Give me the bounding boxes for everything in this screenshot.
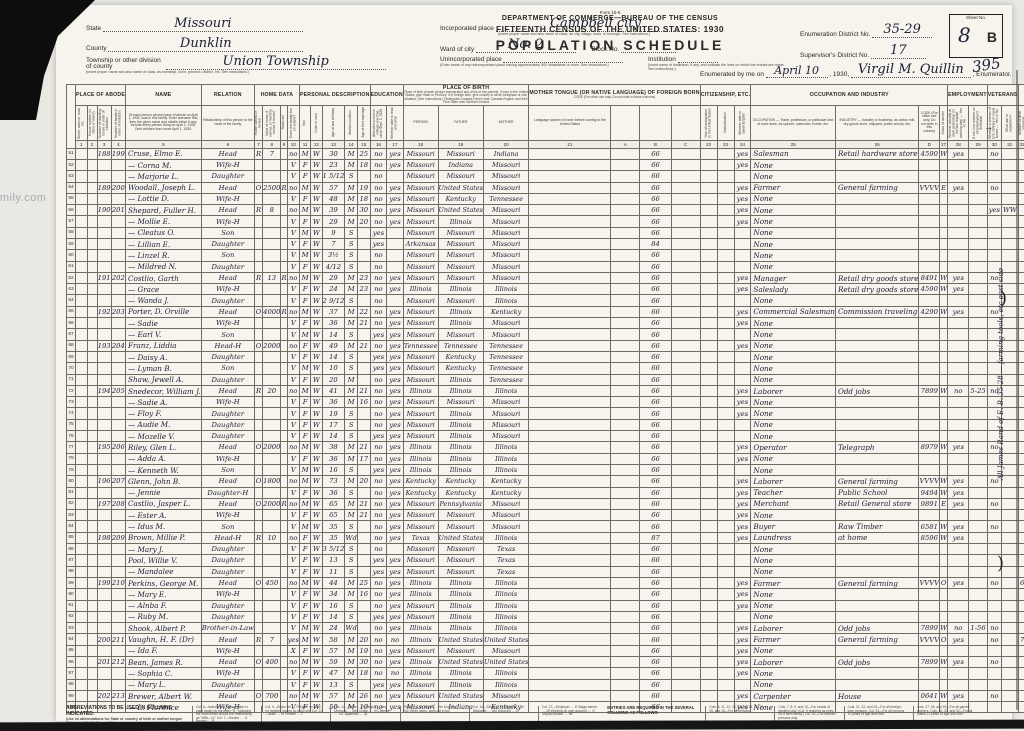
- cell: Brewer, Albert W.: [126, 690, 202, 701]
- cell: [835, 250, 919, 261]
- cell: 66: [640, 250, 671, 261]
- cell: [717, 623, 734, 634]
- cell: yes: [370, 329, 387, 340]
- cell: F: [299, 668, 310, 679]
- cell: [611, 487, 640, 498]
- cell: no: [370, 148, 387, 159]
- cell: Missouri: [438, 295, 483, 306]
- column-label: Home owned or rented: [254, 105, 262, 140]
- cell: [387, 250, 404, 261]
- cell: — Ida F.: [126, 645, 202, 656]
- cell: S: [345, 679, 358, 690]
- cell: None: [751, 250, 836, 261]
- cell: Illinois: [438, 306, 483, 317]
- cell: 66: [640, 521, 671, 532]
- cell: Illinois: [438, 385, 483, 396]
- cell: [529, 385, 611, 396]
- cell: [969, 521, 987, 532]
- cell: [111, 193, 125, 204]
- column-number: 32: [1018, 140, 1024, 148]
- cell: — Mozelle V.: [126, 431, 202, 442]
- cell: [940, 589, 948, 600]
- cell: [948, 679, 969, 690]
- cell: [987, 532, 1001, 543]
- cell: Odd jobs: [835, 656, 919, 667]
- cell: [948, 668, 969, 679]
- cell: [734, 227, 751, 238]
- cell: [611, 250, 640, 261]
- cell: [940, 645, 948, 656]
- cell: 6581: [919, 521, 940, 532]
- cell: Illinois: [438, 611, 483, 622]
- cell: V: [287, 408, 299, 419]
- cell: [358, 239, 371, 250]
- cell: yes: [387, 363, 404, 374]
- table-row: 52— Corna M.Wife-HVFW23M18noyesMissouriI…: [67, 159, 1024, 170]
- cell: [700, 239, 717, 250]
- cell: M: [345, 205, 358, 216]
- cell: [835, 363, 919, 374]
- cell: [358, 566, 371, 577]
- cell: [263, 600, 281, 611]
- cell: Illinois: [483, 611, 528, 622]
- cell: S: [345, 521, 358, 532]
- cell: [940, 171, 948, 182]
- cell: [263, 419, 281, 430]
- cell: [671, 340, 700, 351]
- cell: [611, 464, 640, 475]
- cell: [940, 374, 948, 385]
- cell: [717, 227, 734, 238]
- cell: [700, 498, 717, 509]
- cell: [97, 645, 111, 656]
- cell: W: [940, 442, 948, 453]
- cell: [1018, 272, 1024, 283]
- cell: Woodall, Joseph L.: [126, 182, 202, 193]
- cell: [969, 510, 987, 521]
- cell: Illinois: [483, 623, 528, 634]
- cell: 66: [640, 510, 671, 521]
- cell: Missouri: [403, 690, 438, 701]
- cell: 22: [358, 306, 371, 317]
- cell: [969, 272, 987, 283]
- cell: Missouri: [403, 408, 438, 419]
- cell: [969, 487, 987, 498]
- cell: Head-H: [201, 340, 254, 351]
- column-number: 27: [940, 140, 948, 148]
- cell: [948, 340, 969, 351]
- cell: None: [751, 351, 836, 362]
- cell: [717, 261, 734, 272]
- cell: [111, 408, 125, 419]
- cell: M: [345, 340, 358, 351]
- line-number: 54: [67, 182, 76, 193]
- cell: Missouri: [403, 306, 438, 317]
- cell: [358, 532, 371, 543]
- cell: [263, 216, 281, 227]
- cell: yes: [387, 385, 404, 396]
- cell: V: [287, 159, 299, 170]
- cell: Missouri: [403, 679, 438, 690]
- cell: O: [254, 498, 262, 509]
- cell: [76, 431, 88, 442]
- column-number: 2: [87, 140, 97, 148]
- cell: 66: [640, 577, 671, 588]
- cell: [76, 397, 88, 408]
- column-number: 6: [201, 140, 254, 148]
- cell: Missouri: [403, 521, 438, 532]
- cell: 450: [263, 577, 281, 588]
- cell: 192: [97, 306, 111, 317]
- cell: [734, 566, 751, 577]
- cell: [919, 679, 940, 690]
- cell: — Mandalee: [126, 566, 202, 577]
- cell: — Wanda J.: [126, 295, 202, 306]
- cell: yes: [387, 532, 404, 543]
- cell: [940, 159, 948, 170]
- cell: [1018, 702, 1024, 713]
- column-label: Street, avenue, road, etc.: [76, 105, 88, 140]
- cell: None: [751, 453, 836, 464]
- margin-paren-mark: ): [1000, 288, 1007, 309]
- enumerated-line: Enumerated by me on April 10 , 1930, Vir…: [700, 62, 1012, 78]
- cell: [671, 363, 700, 374]
- cell: [671, 431, 700, 442]
- cell: 66: [640, 668, 671, 679]
- cell: [76, 589, 88, 600]
- cell: VVVV: [919, 634, 940, 645]
- cell: 2 9/12: [322, 295, 345, 306]
- line-number: 55: [67, 193, 76, 204]
- cell: [611, 329, 640, 340]
- margin-arrow: →: [984, 122, 993, 132]
- cell: V: [287, 453, 299, 464]
- cell: Kentucky: [438, 193, 483, 204]
- cell: Missouri: [403, 318, 438, 329]
- cell: Kentucky: [483, 487, 528, 498]
- cell: W: [311, 645, 322, 656]
- cell: [969, 351, 987, 362]
- cell: Missouri: [483, 690, 528, 701]
- cell: — Floy F.: [126, 408, 202, 419]
- cell: [263, 589, 281, 600]
- cell: 195: [97, 442, 111, 453]
- cell: [529, 329, 611, 340]
- cell: W: [311, 216, 322, 227]
- cell: [76, 351, 88, 362]
- cell: [700, 397, 717, 408]
- cell: [87, 679, 97, 690]
- cell: [529, 159, 611, 170]
- cell: no: [387, 668, 404, 679]
- cell: [734, 464, 751, 475]
- cell: W: [311, 239, 322, 250]
- cell: [76, 272, 88, 283]
- cell: 191: [97, 272, 111, 283]
- cell: V: [287, 216, 299, 227]
- cell: Illinois: [403, 656, 438, 667]
- cell: W: [311, 295, 322, 306]
- cell: Daughter-H: [201, 487, 254, 498]
- cell: [87, 521, 97, 532]
- county-value: Dunklin: [180, 36, 232, 51]
- cell: 66: [640, 476, 671, 487]
- table-row: 57— Mollie E.Wife-HVFW29M20noyesMissouri…: [67, 216, 1024, 227]
- cell: 204: [111, 340, 125, 351]
- column-label: [640, 105, 671, 140]
- cell: Texas: [483, 566, 528, 577]
- cell: [700, 589, 717, 600]
- cell: no: [370, 159, 387, 170]
- column-number: 20: [483, 140, 528, 148]
- cell: [611, 690, 640, 701]
- cell: [948, 363, 969, 374]
- cell: W: [940, 476, 948, 487]
- cell: [700, 476, 717, 487]
- cell: no: [287, 272, 299, 283]
- cell: [76, 645, 88, 656]
- cell: [611, 589, 640, 600]
- cell: yes: [948, 656, 969, 667]
- cell: [940, 679, 948, 690]
- cell: [969, 148, 987, 159]
- cell: V: [287, 295, 299, 306]
- enumerated-year: , 1930,: [829, 71, 849, 78]
- cell: M: [299, 521, 310, 532]
- cell: [254, 521, 262, 532]
- cell: [254, 600, 262, 611]
- cell: yes: [734, 385, 751, 396]
- line-number: 87: [67, 555, 76, 566]
- table-row: 62191202Costlio, GarthHeadR13RnoMW29M23n…: [67, 272, 1024, 283]
- line-number: 83: [67, 510, 76, 521]
- cell: [1018, 679, 1024, 690]
- cell: [717, 148, 734, 159]
- cell: [263, 239, 281, 250]
- cell: Daughter: [201, 171, 254, 182]
- cell: yes: [734, 216, 751, 227]
- cell: [969, 634, 987, 645]
- cell: Illinois: [483, 385, 528, 396]
- enumeration-district-field: Enumeration District No. 35-29: [800, 22, 932, 38]
- cell: F: [299, 318, 310, 329]
- cell: [948, 431, 969, 442]
- cell: [97, 374, 111, 385]
- supervisors-district-label: Supervisor's District No.: [800, 52, 869, 59]
- cell: [835, 159, 919, 170]
- cell: 196: [97, 476, 111, 487]
- column-number: 29: [969, 140, 987, 148]
- cell: M: [299, 182, 310, 193]
- cell: [1018, 284, 1024, 295]
- cell: no: [370, 171, 387, 182]
- cell: V: [287, 623, 299, 634]
- table-row: 97— Sophia C.Wife-HVFW47M18nonoIllinoisI…: [67, 668, 1024, 679]
- cell: M: [299, 385, 310, 396]
- cell: [969, 306, 987, 317]
- cell: [1018, 510, 1024, 521]
- cell: [948, 589, 969, 600]
- cell: Illinois: [438, 623, 483, 634]
- cell: [529, 555, 611, 566]
- cell: [969, 239, 987, 250]
- column-number: B: [640, 140, 671, 148]
- cell: 66: [640, 690, 671, 701]
- cell: [671, 679, 700, 690]
- enumeration-district-value: 35-29: [883, 22, 920, 37]
- cell: Missouri: [483, 521, 528, 532]
- cell: yes: [370, 351, 387, 362]
- cell: [87, 498, 97, 509]
- cell: [263, 645, 281, 656]
- cell: no: [370, 690, 387, 701]
- cell: [111, 295, 125, 306]
- cell: yes: [387, 521, 404, 532]
- cell: [87, 374, 97, 385]
- column-group-place-of-abode: PLACE OF ABODE: [76, 85, 126, 106]
- line-number: 79: [67, 464, 76, 475]
- cell: — Lillian E.: [126, 239, 202, 250]
- cell: M: [345, 385, 358, 396]
- cell: yes: [734, 182, 751, 193]
- cell: Buyer: [751, 521, 836, 532]
- cell: [1018, 216, 1024, 227]
- cell: Missouri: [483, 645, 528, 656]
- cell: [358, 363, 371, 374]
- cell: yes: [370, 464, 387, 475]
- line-number: 66: [67, 318, 76, 329]
- column-label: Number of farm schedule: [1018, 105, 1024, 140]
- cell: [76, 193, 88, 204]
- cell: [969, 656, 987, 667]
- cell: [254, 284, 262, 295]
- cell: 23: [358, 284, 371, 295]
- cell: S: [345, 227, 358, 238]
- cell: [358, 261, 371, 272]
- cell: [700, 261, 717, 272]
- cell: W: [311, 498, 322, 509]
- table-row: 84— Idus M.SonVMW35SnoyesMissouriMissour…: [67, 521, 1024, 532]
- township-note: (Insert proper name and also name of cla…: [86, 70, 426, 74]
- cell: Missouri: [483, 419, 528, 430]
- cell: [717, 645, 734, 656]
- cell: V: [287, 600, 299, 611]
- township-label: Township or other division of county: [86, 58, 164, 70]
- cell: [1018, 532, 1024, 543]
- cell: [358, 679, 371, 690]
- cell: yes: [387, 205, 404, 216]
- cell: Missouri: [403, 250, 438, 261]
- cell: M: [345, 397, 358, 408]
- cell: no: [370, 374, 387, 385]
- cell: [611, 374, 640, 385]
- cell: no: [287, 476, 299, 487]
- cell: Missouri: [403, 193, 438, 204]
- cell: [948, 510, 969, 521]
- cell: no: [370, 306, 387, 317]
- cell: [700, 159, 717, 170]
- cell: 202: [97, 690, 111, 701]
- cell: Wife-H: [201, 397, 254, 408]
- cell: [671, 159, 700, 170]
- cell: Laborer: [751, 623, 836, 634]
- cell: [717, 250, 734, 261]
- cell: None: [751, 464, 836, 475]
- cell: M: [345, 510, 358, 521]
- cell: Missouri: [438, 566, 483, 577]
- cell: [611, 679, 640, 690]
- table-row: 89199210Perkins, George M.HeadO450noMW44…: [67, 577, 1024, 588]
- cell: [671, 171, 700, 182]
- cell: [671, 239, 700, 250]
- cell: 66: [640, 340, 671, 351]
- cell: [611, 566, 640, 577]
- cell: W: [311, 555, 322, 566]
- cell: [1018, 159, 1024, 170]
- cell: [940, 205, 948, 216]
- cell: 66: [640, 464, 671, 475]
- cell: [700, 544, 717, 555]
- cell: [671, 577, 700, 588]
- cell: Head: [201, 182, 254, 193]
- cell: M: [345, 148, 358, 159]
- cell: [948, 374, 969, 385]
- cell: [700, 566, 717, 577]
- cell: [948, 193, 969, 204]
- cell: yes: [387, 679, 404, 690]
- cell: Kentucky: [483, 306, 528, 317]
- cell: F: [299, 453, 310, 464]
- cell: yes: [734, 690, 751, 701]
- cell: [940, 250, 948, 261]
- cell: [919, 216, 940, 227]
- cell: [358, 600, 371, 611]
- cell: S: [345, 566, 358, 577]
- cell: [263, 318, 281, 329]
- cell: [529, 239, 611, 250]
- cell: [87, 431, 97, 442]
- cell: [969, 182, 987, 193]
- cell: [97, 419, 111, 430]
- cell: Vaughn, H. F. (Dr): [126, 634, 202, 645]
- cell: [529, 351, 611, 362]
- cell: [948, 464, 969, 475]
- cell: [358, 408, 371, 419]
- cell: [529, 532, 611, 543]
- cell: [919, 611, 940, 622]
- cell: [529, 171, 611, 182]
- cell: [263, 284, 281, 295]
- cell: None: [751, 239, 836, 250]
- cell: Illinois: [438, 577, 483, 588]
- cell: VVVV: [919, 577, 940, 588]
- cell: Illinois: [403, 385, 438, 396]
- cell: yes: [948, 306, 969, 317]
- cell: 3½: [322, 250, 345, 261]
- cell: None: [751, 566, 836, 577]
- unincorporated-note: (Enter name of any unincorporated place …: [440, 63, 660, 67]
- cell: [1018, 476, 1024, 487]
- cell: [919, 295, 940, 306]
- cell: 66: [640, 498, 671, 509]
- cell: yes: [387, 408, 404, 419]
- cell: S: [345, 555, 358, 566]
- cell: Missouri: [403, 374, 438, 385]
- cell: W: [311, 306, 322, 317]
- cell: [1018, 544, 1024, 555]
- cell: V: [287, 510, 299, 521]
- cell: [87, 306, 97, 317]
